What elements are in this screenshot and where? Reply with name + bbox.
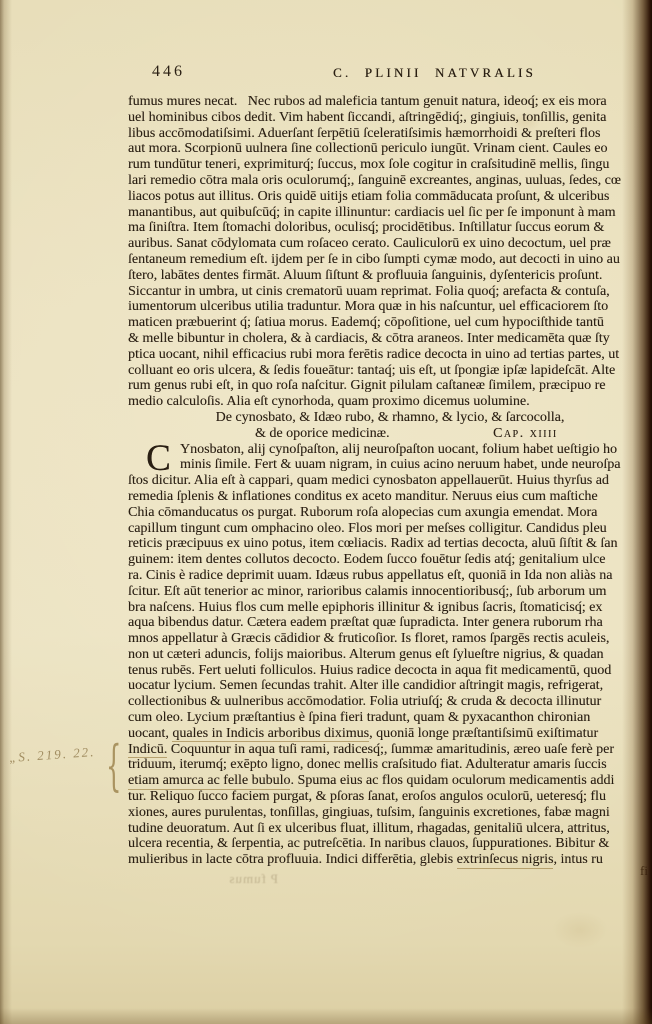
text-line: minis ſimile. Fert & uuam nigram, in cui… [180,457,652,473]
page-number: 446 [152,63,185,81]
text-line: non ut cæteri aduncis, folijs maioribus.… [128,647,652,663]
chapter-heading-line2-row: & de oporice medicinæ. Cap. xiiii [128,426,652,442]
text-line: ſtos dicitur. Alia eſt à cappari, quam m… [128,473,652,489]
text-line: triduum, iterumq́; exēpto ligno, donec m… [128,757,652,773]
text-line: aut mora. Scorpionū uulnera ſine collect… [128,141,652,157]
ink-show-through: P fumus [148,871,278,887]
book-page: 446 C. PLINII NATVRALIS fumus mures neca… [0,0,652,1024]
handwritten-margin-note: „S. 219. 22. [9,744,96,766]
text-line: ſtero, labātes dentes firmāt. Aluum ſiſt… [128,268,652,284]
text-line: ulcera recentia, & ſerpentia, ac putreſc… [128,836,652,852]
page-edge-left [0,0,12,1024]
text-line: colluant eo oris ulcera, & ſedis foueātu… [128,363,652,379]
hand-underline: extrinſecus nigris [457,852,554,869]
text-line: uocant, quales in Indicis arboribus dixi… [128,726,652,742]
hand-underline: Indicū. [128,742,167,759]
text-line: xiones, aures purulentas, tonſillas, gin… [128,805,652,821]
text-line: maticen præbuerint q́; ſatiua morus. Ead… [128,315,652,331]
text-line: capillum tingunt cum omphacino oleo. Flo… [128,521,652,537]
text-line: & melle bibuntur in cholera, & à cardiac… [128,331,652,347]
text-line: ſcitur. Eſt aūt tenerior ac minor, rario… [128,584,652,600]
text-line: libus accōmodatiſsimi. Aduerſant ſerpēti… [128,126,652,142]
text-line: liacos potus aut illitus. Oris quidē uit… [128,189,652,205]
text-line: auribus. Sanat cōdylomata cum roſaceo ce… [128,236,652,252]
text-line: tur. Reliquo ſucco faciem purgat, & pſor… [128,789,652,805]
text-line: rum tundūtur teneri, exprimiturq́; ſuccu… [128,157,652,173]
text-line: uocatur lycium. Semen ſecundas trahit. A… [128,678,652,694]
text-line: Indicū. Coquuntur in aqua tuſi rami, rad… [128,742,652,758]
text-line: guinem: item dentes collutos decocto. Eo… [128,552,652,568]
text-line: aqua bibendus datur. Cætera eadem præſta… [128,615,652,631]
hand-underline: etiam amurca ac felle bubulo [128,773,290,790]
chapter-14: C Ynosbaton, alij cynoſpaſton, alij neur… [128,442,652,869]
text-line: fumus mures necat. Nec rubos ad malefici… [128,94,652,110]
text-line: ra. Cinis è radice deprimit uuam. Idæus … [128,568,652,584]
text-line: mulieribus in lacte cōtra profluuia. Ind… [128,852,652,868]
text-line: uel hominibus cibos dedit. Vim habent ſi… [128,110,652,126]
running-header: C. PLINII NATVRALIS [333,65,536,81]
text-block: fumus mures necat. Nec rubos ad malefici… [128,94,652,868]
text-line: ſentaneum remedium eſt. ijdem per ſe in … [128,252,652,268]
text-line: Ynosbaton, alij cynoſpaſton, alij neuroſ… [180,442,652,458]
text-line: manantibus, aut quibuſcūq́; in capite il… [128,205,652,221]
chapter-14-text: Ynosbaton, alij cynoſpaſton, alij neuroſ… [128,442,652,869]
text-line: mnos appellatur à Græcis cādidior & frut… [128,631,652,647]
chapter-heading-line1: De cynosbato, & Idæo rubo, & rhamno, & l… [128,410,652,426]
chapter-heading: De cynosbato, & Idæo rubo, & rhamno, & l… [128,410,652,442]
chapter-heading-line2: & de oporice medicinæ. [255,426,390,442]
text-line: tenus rubēs. Fert ueluti folliculos. Hui… [128,663,652,679]
text-line: Siccantur in umbra, ut cinis crematorū u… [128,284,652,300]
hand-underline: quales in Indicis arboribus diximus [172,726,369,743]
text-line: etiam amurca ac felle bubulo. Spuma eius… [128,773,652,789]
chapter-number-label: Cap. xiiii [493,426,558,442]
page-edge-bottom [0,1008,652,1024]
text-line: iumentorum ulceribus utilia traduntur. M… [128,299,652,315]
handwritten-margin-brace: { [106,739,121,793]
chapter-13-text: fumus mures necat. Nec rubos ad malefici… [128,94,652,410]
text-line: ma ſiniſtra. Item ſtomachi doloribus, oc… [128,220,652,236]
text-line: medio calculoſis. Alia eſt cynorhoda, qu… [128,394,652,410]
text-line: remedia ſplenis & inflationes conditus e… [128,489,652,505]
text-line: collectionibus & uulneribus accōmodatior… [128,694,652,710]
text-line: tudine deuoratum. Aut ſi ex ulceribus fl… [128,821,652,837]
drop-cap-initial: C [146,444,171,474]
text-line: rum genus rubi eſt, in quo roſa naſcitur… [128,378,652,394]
text-line: ptica uocant, nihil efficacius rubi mora… [128,347,652,363]
catchword: fi [640,863,648,879]
text-line: lari remedio cōtra mala oris oculorumq́;… [128,173,652,189]
text-line: cum oleo. Lycium præſtantius è ſpina fie… [128,710,652,726]
text-line: reticis præcipuus ex uino potus, item cœ… [128,536,652,552]
text-line: Chia cōmanducatus os purgat. Ruborum roſ… [128,505,652,521]
text-line: bra naſcens. Huius flos cum melle epipho… [128,600,652,616]
